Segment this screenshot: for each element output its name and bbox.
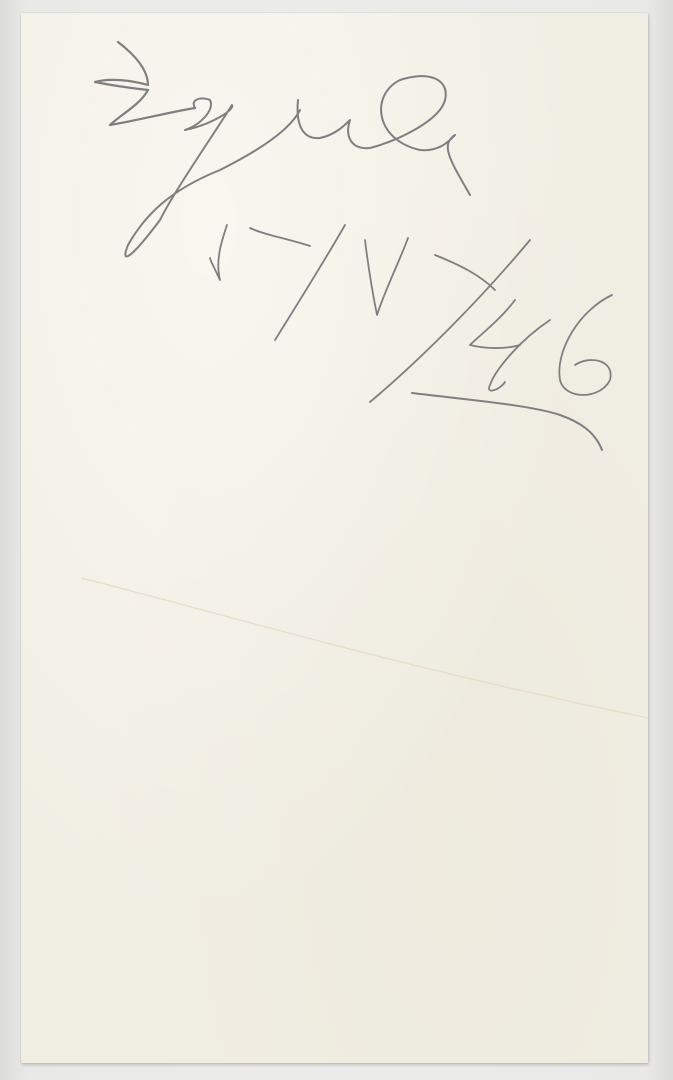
signature (95, 42, 470, 256)
date-notation (210, 225, 612, 450)
pencil-writing (0, 0, 673, 1080)
